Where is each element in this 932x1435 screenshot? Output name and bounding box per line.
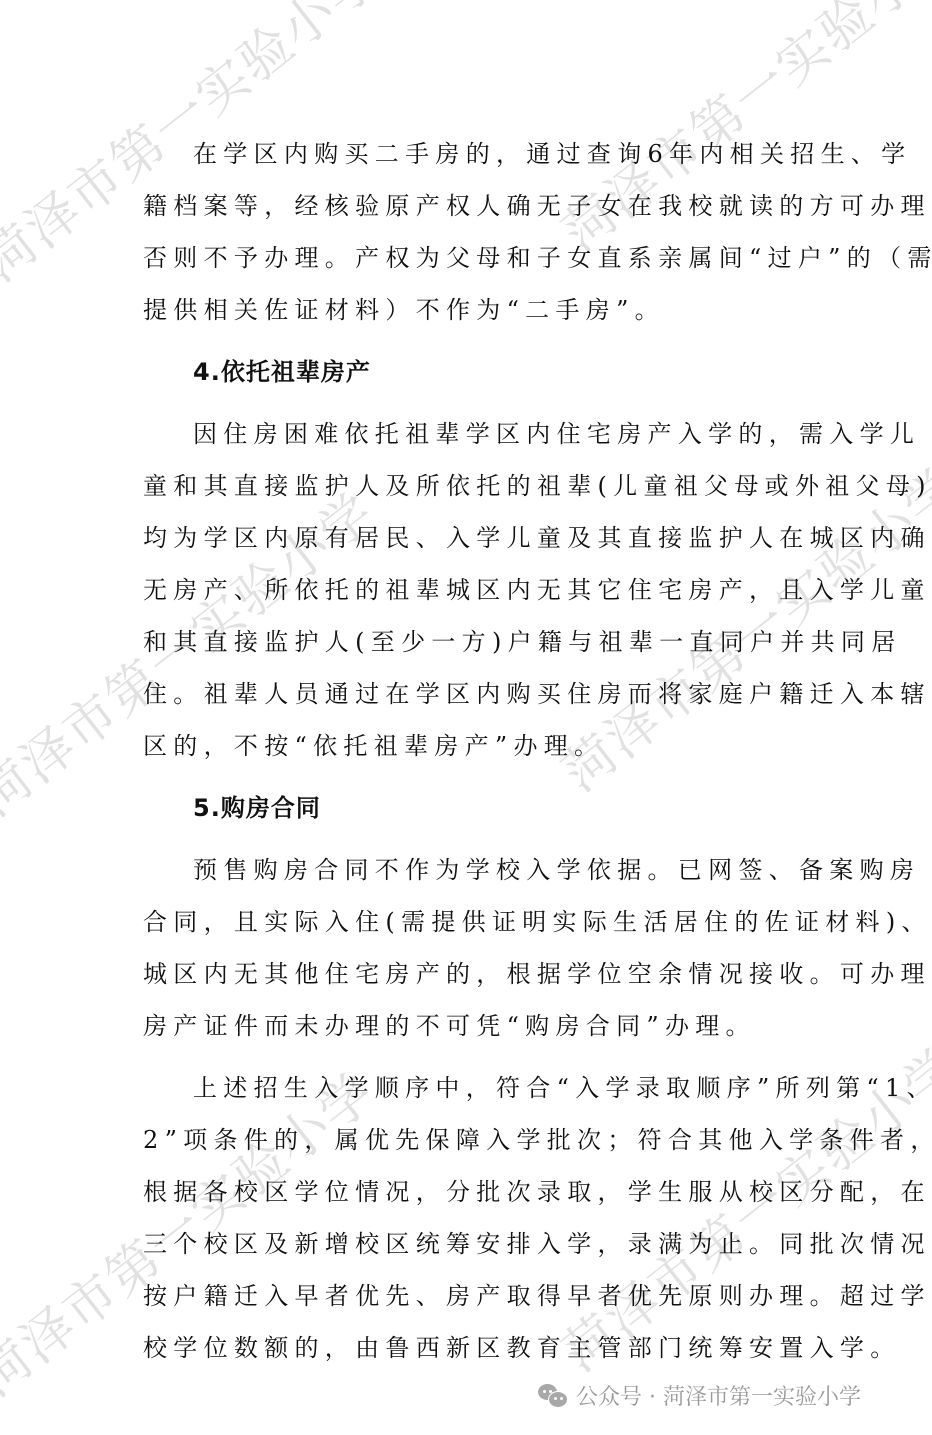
text-line: 三个校区及新增校区统筹安排入学，录满为止。同批次情况， (143, 1218, 793, 1270)
wechat-icon (538, 1384, 568, 1408)
text-line: 无房产、所依托的祖辈城区内无其它住宅房产，且入学儿童 (143, 564, 793, 616)
text-line: 否则不予办理。产权为父母和子女直系亲属间“过户”的（需 (143, 232, 793, 284)
text-line: 上述招生入学顺序中，符合“入学录取顺序”所列第“1、 (143, 1062, 793, 1114)
text-line: 根据各校区学位情况，分批次录取，学生服从校区分配，在 (143, 1166, 793, 1218)
text-line: 按户籍迁入早者优先、房产取得早者优先原则办理。超过学 (143, 1270, 793, 1322)
wechat-account-footer: 公众号 · 菏泽市第一实验小学 (538, 1380, 861, 1411)
text-line: 提供相关佐证材料）不作为“二手房”。 (143, 284, 793, 336)
paragraph-admission-order-summary: 上述招生入学顺序中，符合“入学录取顺序”所列第“1、 2”项条件的，属优先保障入… (143, 1062, 793, 1374)
text-line: 预售购房合同不作为学校入学依据。已网签、备案购房 (143, 844, 793, 896)
text-line: 城区内无其他住宅房产的，根据学位空余情况接收。可办理 (143, 948, 793, 1000)
text-line: 校学位数额的，由鲁西新区教育主管部门统筹安置入学。 (143, 1322, 793, 1374)
paragraph-grandparent-property: 因住房困难依托祖辈学区内住宅房产入学的，需入学儿 童和其直接监护人及所依托的祖辈… (143, 408, 793, 772)
document-body: 在学区内购买二手房的，通过查询6年内相关招生、学 籍档案等，经核验原产权人确无子… (143, 128, 793, 1374)
text-line: 因住房困难依托祖辈学区内住宅房产入学的，需入学儿 (143, 408, 793, 460)
account-name-label: 公众号 · 菏泽市第一实验小学 (576, 1380, 861, 1411)
document-page: 菏泽市第一实验小学 菏泽市第一实验小学 菏泽市第一实验小学 菏泽市第一实验小学 … (0, 0, 932, 1435)
text-line: 在学区内购买二手房的，通过查询6年内相关招生、学 (143, 128, 793, 180)
text-line: 住。祖辈人员通过在学区内购买住房而将家庭户籍迁入本辖 (143, 668, 793, 720)
text-line: 籍档案等，经核验原产权人确无子女在我校就读的方可办理， (143, 180, 793, 232)
section-heading-4: 4.依托祖辈房产 (143, 346, 793, 398)
paragraph-purchase-contract: 预售购房合同不作为学校入学依据。已网签、备案购房 合同，且实际入住(需提供证明实… (143, 844, 793, 1052)
section-heading-5: 5.购房合同 (143, 782, 793, 834)
paragraph-second-hand-house: 在学区内购买二手房的，通过查询6年内相关招生、学 籍档案等，经核验原产权人确无子… (143, 128, 793, 336)
text-line: 合同，且实际入住(需提供证明实际生活居住的佐证材料)、 (143, 896, 793, 948)
text-line: 2”项条件的，属优先保障入学批次；符合其他入学条件者， (143, 1114, 793, 1166)
text-line: 和其直接监护人(至少一方)户籍与祖辈一直同户并共同居 (143, 616, 793, 668)
text-line: 房产证件而未办理的不可凭“购房合同”办理。 (143, 1000, 793, 1052)
text-line: 区的，不按“依托祖辈房产”办理。 (143, 720, 793, 772)
text-line: 童和其直接监护人及所依托的祖辈(儿童祖父母或外祖父母) (143, 460, 793, 512)
text-line: 均为学区内原有居民、入学儿童及其直接监护人在城区内确 (143, 512, 793, 564)
